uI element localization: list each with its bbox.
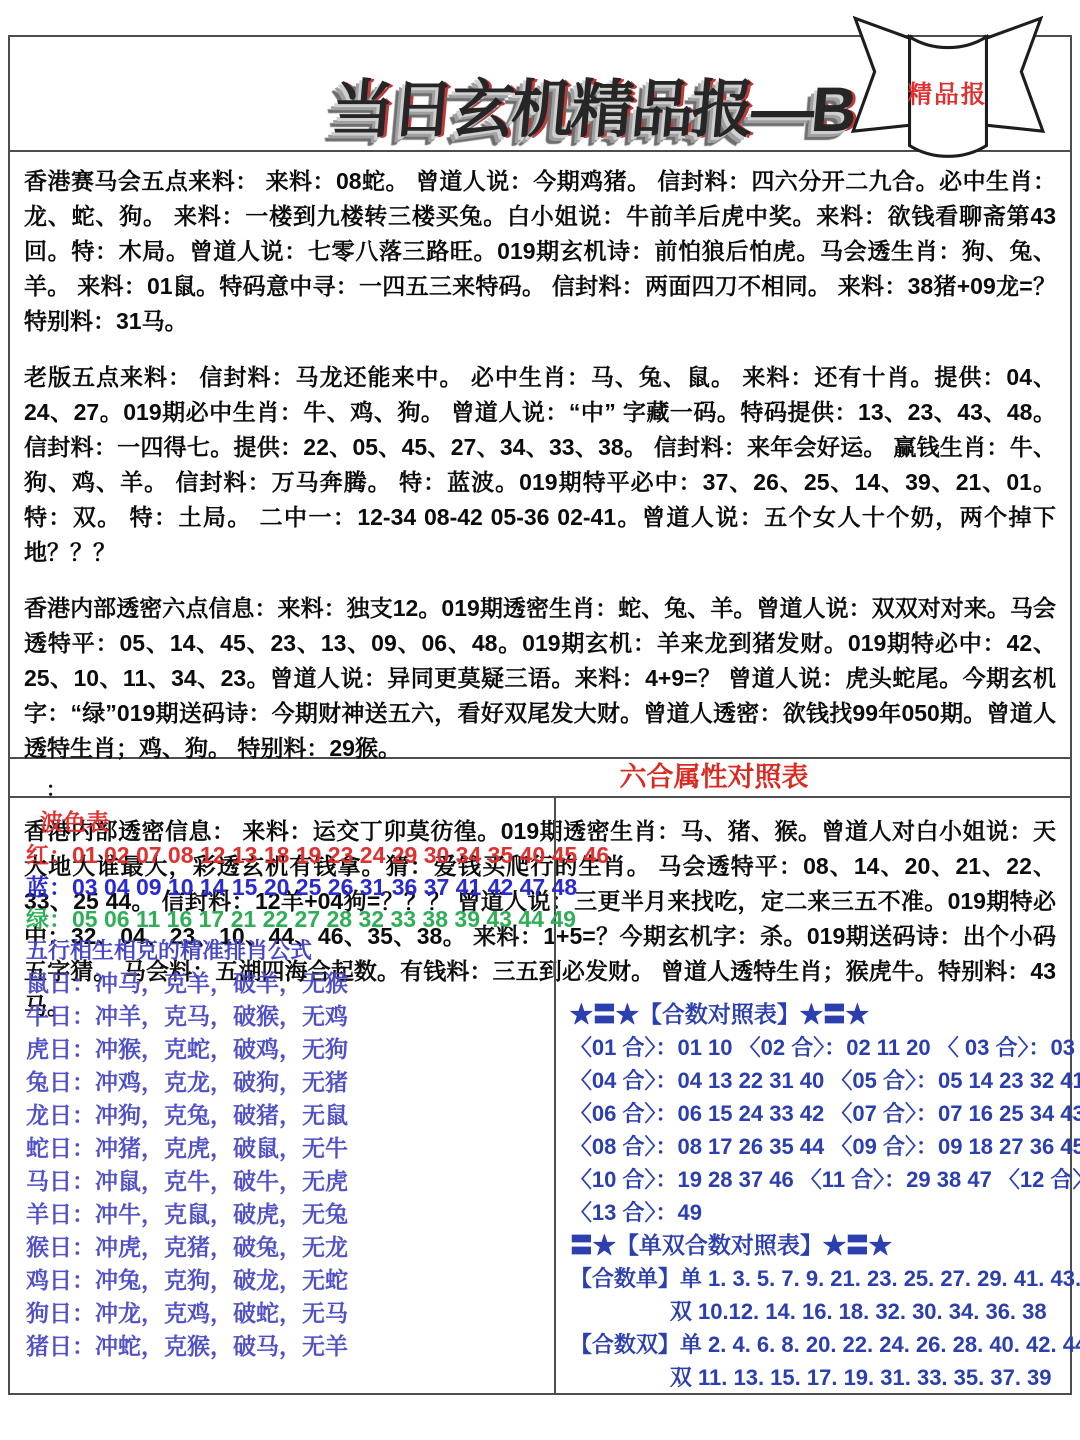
- attr-table-right-column: ★〓★【合数对照表】★〓★ 〈01 合〉：01 10 〈02 合〉：02 11 …: [556, 798, 1080, 1393]
- zodiac-ox-row: 牛日：冲羊，克马，破猴，无鸡: [26, 1000, 554, 1033]
- sum-row-2: 〈04 合〉：04 13 22 31 40 〈05 合〉：05 14 23 32…: [570, 1064, 1080, 1097]
- wave-color-table-title: 波色表: [26, 806, 554, 839]
- zodiac-dog-row: 狗日：冲龙，克鸡，破蛇，无马: [26, 1297, 554, 1330]
- tip-paragraph-1: 香港赛马会五点来料： 来料：08蛇。 曾道人说：今期鸡猪。 信封料：四六分开二九…: [24, 164, 1056, 339]
- zodiac-tiger-row: 虎日：冲猴，克蛇，破鸡，无狗: [26, 1033, 554, 1066]
- badge-label: 精品报: [907, 79, 987, 108]
- tip-paragraph-2: 老版五点来料： 信封料：马龙还能来中。 必中生肖：马、兔、鼠。 来料：还有十肖。…: [24, 360, 1056, 570]
- tip-paragraph-3: 香港内部透密六点信息：来料：独支12。019期透密生肖：蛇、兔、羊。曾道人说：双…: [24, 591, 1056, 766]
- attr-table-heading: 六合属性对照表: [620, 762, 809, 792]
- zodiac-goat-row: 羊日：冲牛，克鼠，破虎，无兔: [26, 1198, 554, 1231]
- zodiac-snake-row: 蛇日：冲猪，克虎，破鼠，无牛: [26, 1132, 554, 1165]
- sum-row-4: 〈08 合〉：08 17 26 35 44 〈09 合〉：09 18 27 36…: [570, 1130, 1080, 1163]
- sum-row-5: 〈10 合〉：19 28 37 46 〈11 合〉：29 38 47 〈12 合…: [570, 1163, 1080, 1196]
- ribbon-right-wing: [984, 18, 1042, 131]
- zodiac-rooster-row: 鸡日：冲兔，克狗，破龙，无蛇: [26, 1264, 554, 1297]
- masthead-title: 当日玄机精品报—B: [328, 59, 858, 150]
- badge-ribbon: 精品报: [848, 8, 1048, 160]
- wave-blue-row: 蓝：03 04 09 10 14 15 20 25 26 31 36 37 41…: [26, 871, 554, 903]
- zodiac-rat-row: 鼠日：冲马，克羊，破羊，无猴: [26, 967, 554, 1000]
- tips-section: 香港赛马会五点来料： 来料：08蛇。 曾道人说：今期鸡猪。 信封料：四六分开二九…: [10, 152, 1070, 759]
- attr-table-heading-row: 六合属性对照表: [10, 759, 1070, 798]
- attr-table-left-column: 波色表 红：01 02 07 08 12 13 18 19 23 24 29 3…: [10, 798, 556, 1393]
- sum-odd-odd-row: 【合数单】单 1. 3. 5. 7. 9. 21. 23. 25. 27. 29…: [570, 1262, 1080, 1295]
- wave-red-row: 红：01 02 07 08 12 13 18 19 23 24 29 30 34…: [26, 839, 554, 871]
- odd-even-sum-table-header: 〓★【单双合数对照表】★〓★: [570, 1229, 1080, 1262]
- zodiac-dragon-row: 龙日：冲狗，克兔，破猪，无鼠: [26, 1099, 554, 1132]
- sum-row-1: 〈01 合〉：01 10 〈02 合〉：02 11 20 〈 03 合〉：03 …: [570, 1031, 1080, 1064]
- zodiac-monkey-row: 猴日：冲虎，克猪，破兔，无龙: [26, 1231, 554, 1264]
- sum-row-6: 〈13 合〉：49: [570, 1196, 1080, 1229]
- wuxing-formula-title: 五行相生相克的精准排肖公式: [26, 935, 554, 967]
- ribbon-left-wing: [853, 18, 911, 131]
- attr-table: 波色表 红：01 02 07 08 12 13 18 19 23 24 29 3…: [10, 798, 1070, 1393]
- zodiac-horse-row: 马日：冲鼠，克牛，破牛，无虎: [26, 1165, 554, 1198]
- report-frame: 当日玄机精品报—B 香港赛马会五点来料： 来料：08蛇。 曾道人说：今期鸡猪。 …: [8, 35, 1072, 1395]
- sum-odd-even-row: 双 10.12. 14. 16. 18. 32. 30. 34. 36. 38: [570, 1295, 1080, 1328]
- sum-row-3: 〈06 合〉：06 15 24 33 42 〈07 合〉：07 16 25 34…: [570, 1097, 1080, 1130]
- sum-table-header: ★〓★【合数对照表】★〓★: [570, 998, 1080, 1031]
- zodiac-pig-row: 猪日：冲蛇，克猴，破马，无羊: [26, 1330, 554, 1363]
- sum-even-even-row: 双 11. 13. 15. 17. 19. 31. 33. 35. 37. 39: [570, 1361, 1080, 1394]
- zodiac-rabbit-row: 兔日：冲鸡，克龙，破狗，无猪: [26, 1066, 554, 1099]
- wave-green-row: 绿：05 06 11 16 17 21 22 27 28 32 33 38 39…: [26, 903, 554, 935]
- sum-even-odd-row: 【合数双】单 2. 4. 6. 8. 20. 22. 24. 26. 28. 4…: [570, 1328, 1080, 1361]
- report-page: 精品报 当日玄机精品报—B 香港赛马会五点来料： 来料：08蛇。 曾道人说：今期…: [0, 0, 1080, 1440]
